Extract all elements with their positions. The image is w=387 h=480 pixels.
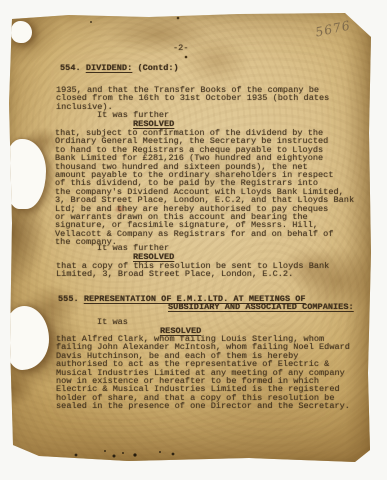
minute-555-heading-line2: SUBSIDIARY AND ASSOCIATED COMPANIES: (168, 303, 354, 311)
minute-554-number: 554. (60, 63, 81, 73)
page-number: -2- (173, 44, 188, 52)
ink-specks (9, 13, 11, 15)
paper-sheet: 5676 -2- 554.DIVIDEND:(Contd:) 1935, and… (9, 13, 371, 462)
minute-554-paragraph-dividend-resolution: that, subject to confirmation of the div… (55, 129, 354, 247)
it-was-label: It was (97, 318, 128, 326)
paper-hole-top-left (11, 21, 32, 43)
scanned-document-photo: 5676 -2- 554.DIVIDEND:(Contd:) 1935, and… (0, 0, 387, 480)
minute-554-continuation: (Contd:) (137, 63, 178, 73)
minute-554-title: DIVIDEND: (86, 63, 132, 73)
minute-555-paragraph-representation-resolution: that Alfred Clark, whom failing Louis St… (56, 335, 350, 411)
minute-555-number: 555. (58, 294, 79, 304)
minute-554-paragraph-copy-to-bank: that a copy of this resolution be sent t… (56, 262, 329, 279)
minute-554-heading: 554.DIVIDEND:(Contd:) (60, 64, 179, 72)
minute-554-paragraph-transfer-books: 1935, and that the Transfer Books of the… (56, 86, 329, 111)
